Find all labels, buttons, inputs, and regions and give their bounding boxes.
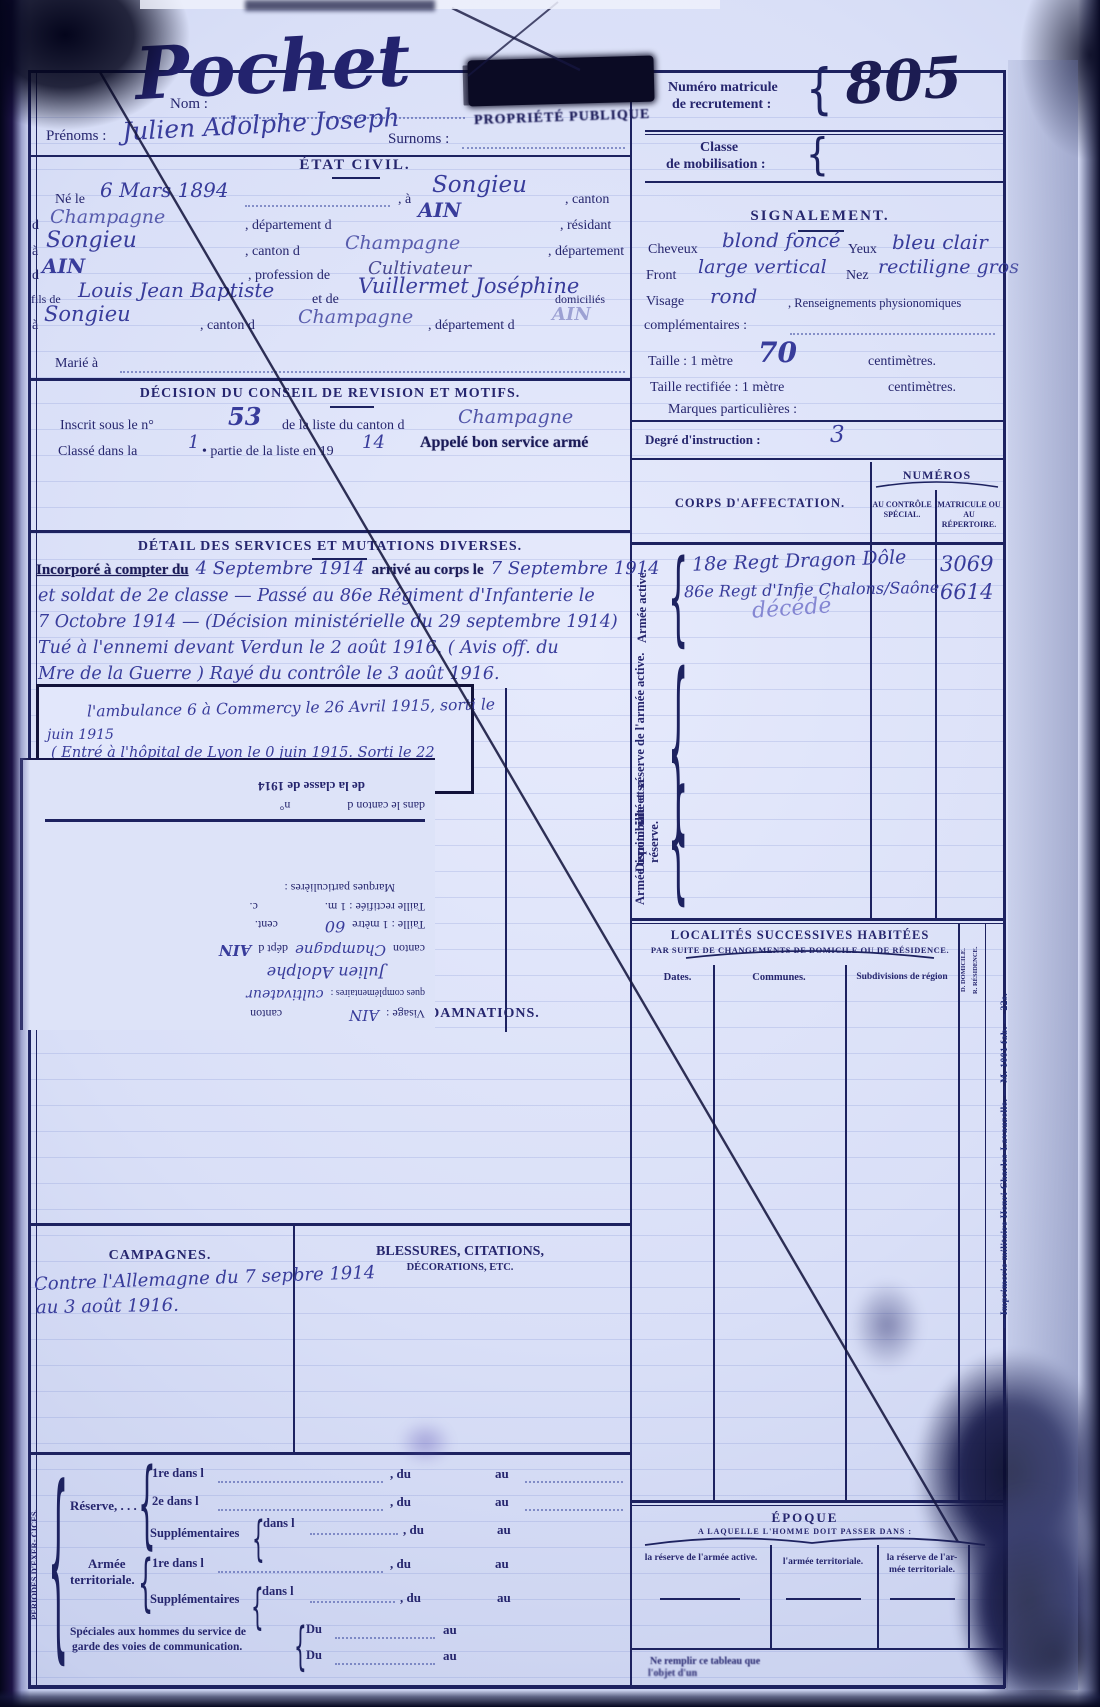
t1-fill1 [218, 1570, 383, 1573]
liste-label: de la liste du canton d [282, 418, 404, 434]
fill-r1 [245, 204, 390, 207]
slip2-taille-val: 60 [325, 917, 345, 936]
matricule-label-line1: Numéro matricule [668, 80, 778, 96]
s2-fill [335, 1662, 435, 1665]
slip2-canton-word: canton [250, 1006, 282, 1021]
d1-label: d [32, 218, 39, 234]
speciales-label-2: garde des voies de communication. [72, 1641, 242, 1653]
slip2-cent-label: cent. [255, 917, 278, 932]
corps-vline2 [935, 490, 937, 918]
detail-top-rule [30, 530, 630, 533]
slip2-profession: cultivateur [246, 986, 323, 1002]
canton3-value: Champagne [298, 306, 413, 328]
localites-side-residence: R. RÉSIDENCE. [972, 926, 979, 1014]
speciales-du1: Du [306, 1622, 322, 1637]
territoriale-row1-label: 1re dans l [152, 1556, 204, 1571]
epoque-col1: la réserve de l'armée active. [638, 1552, 764, 1564]
speciales-du2: Du [306, 1648, 322, 1663]
slip2-c-label: c. [250, 899, 258, 914]
front-value: large vertical [698, 256, 827, 278]
territoriale-suppl-label: Supplémentaires [150, 1592, 239, 1607]
slip2-classe-line: de la classe de 1914 [33, 779, 365, 795]
epoque-top-rule1 [632, 1500, 1003, 1503]
epoque-title: ÉPOQUE [640, 1510, 970, 1526]
mother-name: Vuillermet Joséphine [358, 274, 579, 298]
epoque-col3-underline [890, 1598, 955, 1600]
slip2-row-canton-line: dans le canton d n° [33, 799, 425, 814]
slip-line1: l'ambulance 6 à Commercy le 26 Avril 191… [87, 695, 495, 720]
epoque-vline2 [877, 1545, 879, 1648]
numeros-col2-header: matricule ou au répertoire. [937, 500, 1001, 530]
taille-label: Taille : 1 mètre [648, 354, 733, 370]
localites-col-communes: Communes. [718, 972, 840, 983]
degre-rule [632, 458, 1003, 460]
speciales-au1: au [443, 1622, 457, 1638]
a2-label: à [32, 244, 38, 260]
canton-name: Champagne [50, 206, 165, 228]
partie-label: • partie de la liste en 19 [202, 444, 334, 460]
epoque-subtitle: A LAQUELLE L'HOMME DOIT PASSER DANS : [640, 1527, 970, 1536]
dept3-value: AIN [552, 304, 591, 325]
cheveux-value: blond foncé [722, 228, 841, 252]
yeux-label: Yeux [848, 242, 877, 258]
matricule-value: 805 [843, 44, 964, 118]
dept2-value: AIN [42, 254, 85, 278]
territoriale-suppl-dans: dans l [262, 1584, 294, 1599]
epoque-bottom-rule [632, 1648, 1003, 1650]
corps-num2: 6614 [940, 580, 993, 604]
departement-d2-label: , département d [428, 318, 515, 334]
detail-l1-stamp1: Incorporé à compter du [36, 562, 189, 579]
canton-d-label: , canton d [245, 244, 300, 260]
epoque-note-line1: Ne remplir ce tableau que [650, 1656, 760, 1667]
etat-civil-underline [332, 177, 380, 179]
slip2-row-compl: ques complémentaires : cultivateur [33, 986, 425, 1002]
localites-side-domicile: D. DOMICILE. [960, 926, 967, 1014]
d2-label: d [32, 268, 39, 284]
classe-label-line1: Classe [700, 140, 738, 156]
territoriale-brace: { [668, 772, 688, 906]
decision-top-rule [30, 378, 630, 381]
r3-du: , du [403, 1522, 424, 1538]
frame-center-divider [630, 70, 632, 1687]
marie-a-label: Marié à [55, 356, 98, 372]
corps-vline1 [870, 462, 872, 918]
r3-fill1 [310, 1532, 398, 1535]
partie-num: 1 [188, 432, 199, 453]
r1-fill2 [525, 1480, 623, 1483]
nez-label: Nez [846, 268, 869, 284]
detail-line3: 7 Octobre 1914 — (Décision ministérielle… [38, 612, 618, 632]
birth-date: 6 Mars 1894 [100, 178, 229, 202]
periodes-outer-brace: { [48, 1460, 68, 1665]
frame-bottom [28, 1685, 1005, 1689]
slip2-row-canton: canton Champagne dépt d AIN [33, 941, 425, 959]
slip2-ain1: AIN [349, 1006, 379, 1024]
decision-underline [330, 406, 374, 408]
surnoms-fill-line [462, 146, 625, 149]
epoque-col1-underline [660, 1598, 740, 1600]
surnoms-label: Surnoms : [388, 131, 449, 148]
taille-rect-cm-label: centimètres. [888, 380, 956, 396]
detail-line2: et soldat de 2e classe — Passé au 86e Ré… [38, 586, 595, 606]
slip2-no-label: n° [280, 799, 291, 814]
epoque-note-line2: l'objet d'un [648, 1668, 697, 1679]
r3-au: au [497, 1522, 511, 1538]
departement-d-label: , département d [245, 218, 332, 234]
territoriale-label-1: Armée [88, 1556, 126, 1572]
r1-fill1 [218, 1480, 383, 1483]
epoque-vline1 [770, 1545, 772, 1648]
corps-title: CORPS D'AFFECTATION. [660, 496, 860, 511]
speciales-au2: au [443, 1648, 457, 1664]
ink-stamp-block [467, 56, 654, 107]
slip2-ain2: AIN [219, 941, 251, 959]
epoque-col3: la réserve de l'ar- mée territoriale. [880, 1552, 964, 1577]
reserve-suppl-dans: dans l [263, 1516, 295, 1531]
slip2-row-visage: Visage : AIN canton [33, 1006, 425, 1024]
detail-line4: Tué à l'ennemi devant Verdun le 2 août 1… [38, 638, 559, 658]
r2-fill2 [525, 1508, 623, 1511]
detail-l1-hw1: 4 Septembre 1914 [196, 558, 365, 579]
localites-vline1 [713, 965, 715, 1500]
scanned-military-record: Nom : Pochet Prénoms : Julien Adolphe Jo… [0, 0, 1100, 1707]
localites-vline2 [845, 965, 847, 1500]
slip2-content: Visage : AIN canton ques complémentaires… [23, 773, 435, 1031]
slip2-row-taille-rect: Taille rectifiée : 1 m. c. [33, 899, 425, 914]
nez-value: rectiligne gros [878, 256, 1019, 278]
a-label: , à [398, 192, 411, 208]
epoque-col2: l'armée territoriale. [774, 1556, 872, 1568]
slip-line2: juin 1915 [47, 727, 114, 743]
s1-fill [335, 1636, 435, 1639]
visage-value: rond [710, 284, 757, 308]
slip2-rule [45, 820, 425, 823]
detail-line1: Incorporé à compter du 4 Septembre 1914 … [36, 558, 660, 579]
slip2-canton-line-label: dans le canton d [347, 799, 425, 814]
localites-top-rule2 [632, 923, 1003, 924]
departement-label: , département [548, 244, 624, 260]
nom-value: Pochet [133, 17, 413, 116]
slip2-marques-label: Marques particulières : [33, 880, 395, 895]
residence-value: Songieu [46, 228, 137, 253]
a3-label: à [32, 318, 38, 334]
localites-col-subdiv: Subdivisions de région [847, 972, 957, 982]
reserve-row1-label: 1re dans l [152, 1466, 204, 1481]
campagnes-title: CAMPAGNES. [50, 1248, 270, 1264]
periodes-top-rule [30, 1452, 630, 1455]
territoriale-label-2: territoriale. [70, 1572, 135, 1588]
classe-rule [645, 181, 1003, 183]
decision-mention: Appelé bon service armé [420, 434, 588, 452]
marie-fill-line [120, 370, 625, 373]
corps-num1: 3069 [940, 552, 993, 576]
campagnes-line2: au 3 août 1916. [36, 1295, 179, 1318]
complementaires-label: complémentaires : [644, 318, 747, 334]
taille-value: 70 [758, 336, 797, 369]
decision-canton: Champagne [458, 406, 573, 428]
detail-l1-hw2: 7 Septembre 1914 [491, 558, 660, 579]
numeros-header: NUMÉROS [872, 468, 1002, 483]
visage-label: Visage [646, 294, 684, 310]
classe-dans-label: Classé dans la [58, 444, 137, 460]
r1-du: , du [390, 1466, 411, 1482]
localites-subtitle: PAR SUITE DE CHANGEMENTS DE DOMICILE OU … [640, 945, 960, 955]
pasted-slip-upside-down: Visage : AIN canton ques complémentaires… [20, 758, 435, 1030]
slip-fold-line [505, 688, 507, 1032]
epoque-vline3 [968, 1545, 970, 1648]
canton-d2-label: , canton d [200, 318, 255, 334]
signalement-rule [632, 420, 1003, 422]
cheveux-label: Cheveux [648, 242, 698, 258]
slip2-visage-label: Visage : [386, 1006, 425, 1021]
territoriale-row-label: Armée territoriale et sa réserve. [634, 772, 666, 912]
compl-fill-line [790, 332, 995, 335]
reserve-row2-label: 2e dans l [152, 1494, 199, 1509]
reserve-suppl-label: Supplémentaires [150, 1526, 239, 1541]
r1-au: au [495, 1466, 509, 1482]
prenoms-label: Prénoms : [46, 128, 106, 145]
localites-top-rule1 [632, 918, 1003, 921]
speciales-brace: { [294, 1620, 307, 1672]
blessures-subtitle: DÉCORATIONS, ETC. [310, 1262, 610, 1273]
epoque-top-rule2 [632, 1505, 1003, 1506]
degre-value: 3 [830, 422, 845, 448]
blessures-title: BLESSURES, CITATIONS, [310, 1244, 610, 1260]
signalement-title: SIGNALEMENT. [640, 208, 1000, 225]
r2-fill1 [218, 1508, 383, 1511]
t2-du: , du [400, 1590, 421, 1606]
epoque-col2-underline [786, 1598, 861, 1600]
t1-du: , du [390, 1556, 411, 1572]
speciales-label-1: Spéciales aux hommes du service de [70, 1626, 246, 1638]
detail-line5: Mre de la Guerre ) Rayé du contrôle le 3… [38, 664, 500, 684]
slip2-taille-label: Taille : 1 mètre [352, 917, 425, 932]
birth-place: Songieu [432, 172, 527, 198]
t2-au: au [497, 1590, 511, 1606]
detail-title: DÉTAIL DES SERVICES ET MUTATIONS DIVERSE… [80, 539, 580, 555]
t1-au: au [495, 1556, 509, 1572]
r2-du: , du [390, 1494, 411, 1510]
localites-vline4 [985, 923, 986, 1500]
matricule-label-line2: de recrutement : [672, 97, 771, 113]
front-label: Front [646, 268, 676, 284]
slip2-spacer [33, 822, 425, 880]
localites-title: LOCALITÉS SUCCESSIVES HABITÉES [640, 928, 960, 943]
father-name: Louis Jean Baptiste [78, 278, 274, 302]
taille-rect-label: Taille rectifiée : 1 mètre [650, 380, 784, 396]
campagnes-divider [293, 1223, 295, 1452]
slip2-dept-label: dépt d [258, 941, 288, 956]
dept-value: AIN [418, 198, 461, 222]
reserve-label: Réserve, . . . [70, 1498, 137, 1514]
domicile-value: Songieu [44, 302, 131, 326]
inscrit-numero: 53 [228, 402, 261, 431]
slip2-row-taille: Taille : 1 mètre 60 cent. [33, 917, 425, 936]
classe-label-line2: de mobilisation : [666, 157, 766, 173]
canton2-value: Champagne [345, 232, 460, 254]
decision-title: DÉCISION DU CONSEIL DE REVISION ET MOTIF… [80, 386, 580, 402]
annee-value: 14 [362, 432, 385, 453]
residant-label: , résidant [560, 218, 611, 234]
slip2-compl-label: ques complémentaires : [331, 987, 425, 998]
degre-label: Degré d'instruction : [645, 432, 761, 448]
slip2-taille-rect-label: Taille rectifiée : 1 m. [325, 899, 425, 914]
printer-imprint: — Imprimerie militaire Henri Charles-Lav… [1000, 870, 1010, 1450]
periodes-side-label: PÉRIODES D'EXER- CICES. [30, 1480, 46, 1650]
slip2-canton-label: canton [393, 941, 425, 956]
detail-l1-stamp2: arrivé au corps le [372, 562, 484, 579]
inscrit-label: Inscrit sous le n° [60, 418, 154, 434]
numeros-col1-header: au contrôle spécial. [872, 500, 932, 520]
taille-cm-label: centimètres. [868, 354, 936, 370]
t2-fill1 [310, 1600, 395, 1603]
renseignements-label: , Renseignements physionomiques [788, 296, 961, 311]
campagnes-top-rule [30, 1223, 630, 1226]
yeux-value: bleu clair [892, 230, 988, 254]
matricule-brace: { [806, 62, 833, 117]
slip2-commune: Champagne [295, 941, 386, 959]
canton-label: , canton [565, 192, 609, 208]
classe-brace: { [806, 134, 829, 177]
marques-label: Marques particulières : [668, 402, 797, 418]
slip2-prenoms: Julien Adolphe [33, 963, 385, 982]
r2-au: au [495, 1494, 509, 1510]
localites-col-dates: Dates. [640, 972, 715, 983]
